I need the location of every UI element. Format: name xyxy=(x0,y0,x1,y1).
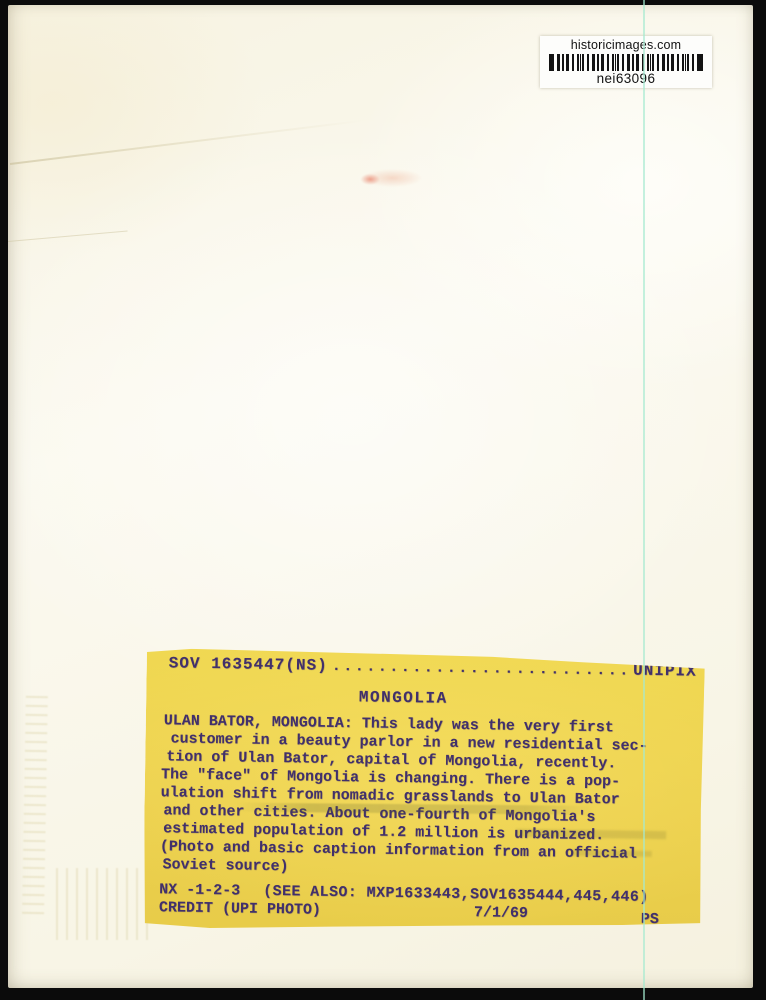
scanned-photo-back: historicimages.com nei63096 SOV 1635447(… xyxy=(0,0,766,1000)
ink-ghost-left-margin xyxy=(22,692,48,914)
ink-smear-stain xyxy=(572,850,652,857)
paper-crease xyxy=(10,119,368,165)
barcode-site-text: historicimages.com xyxy=(540,39,712,52)
slip-id-code: SOV 1635447(NS) xyxy=(169,654,328,674)
barcode-code-text: nei63096 xyxy=(540,72,712,86)
slip-ref-code: NX -1-2-3 xyxy=(159,881,240,899)
scanner-artifact-line xyxy=(643,0,645,1000)
barcode-icon xyxy=(549,54,703,71)
slip-caption-body: ULAN BATOR, MONGOLIA: This lady was the … xyxy=(159,712,695,882)
paper-crease xyxy=(8,231,128,242)
slip-title: MONGOLIA xyxy=(136,685,670,711)
caption-slip-content: SOV 1635447(NS) ........................… xyxy=(143,647,705,936)
caption-slip: SOV 1635447(NS) ........................… xyxy=(143,647,705,936)
slip-credit: CREDIT (UPI PHOTO) xyxy=(159,899,321,919)
slip-date: 7/1/69 xyxy=(474,904,528,922)
red-stamp-smudge xyxy=(348,165,422,191)
barcode-label: historicimages.com nei63096 xyxy=(540,36,712,88)
ink-ghost-bottom-left xyxy=(56,868,148,940)
